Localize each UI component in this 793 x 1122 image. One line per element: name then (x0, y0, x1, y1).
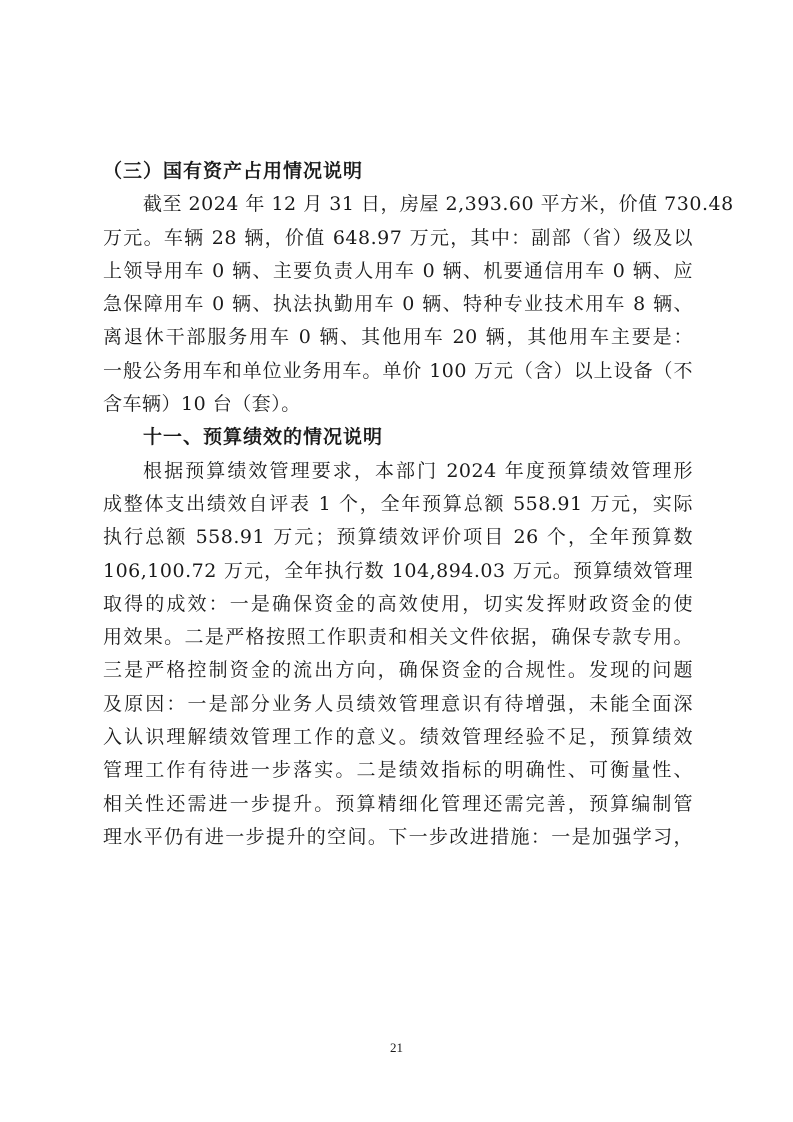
paragraph-line: 入认识理解绩效管理工作的意义。绩效管理经验不足，预算绩效 (103, 721, 693, 754)
document-page: （三）国有资产占用情况说明 截至 2024 年 12 月 31 日，房屋 2,3… (103, 155, 693, 854)
paragraph-line: 万元。车辆 28 辆，价值 648.97 万元，其中：副部（省）级及以 (103, 222, 693, 255)
paragraph-line: 成整体支出绩效自评表 1 个，全年预算总额 558.91 万元，实际 (103, 488, 693, 521)
paragraph-line: 含车辆）10 台（套）。 (103, 388, 693, 421)
paragraph-line: 一般公务用车和单位业务用车。单价 100 万元（含）以上设备（不 (103, 355, 693, 388)
paragraph-line: 离退休干部服务用车 0 辆、其他用车 20 辆，其他用车主要是： (103, 321, 693, 354)
paragraph-line: 上领导用车 0 辆、主要负责人用车 0 辆、机要通信用车 0 辆、应 (103, 255, 693, 288)
paragraph-line: 106,100.72 万元，全年执行数 104,894.03 万元。预算绩效管理 (103, 555, 693, 588)
paragraph-line: 管理工作有待进一步落实。二是绩效指标的明确性、可衡量性、 (103, 754, 693, 787)
paragraph-line: 执行总额 558.91 万元；预算绩效评价项目 26 个，全年预算数 (103, 521, 693, 554)
paragraph-line: 理水平仍有进一步提升的空间。下一步改进措施：一是加强学习， (103, 821, 693, 854)
paragraph-line: 及原因：一是部分业务人员绩效管理意识有待增强，未能全面深 (103, 688, 693, 721)
paragraph-line: 取得的成效：一是确保资金的高效使用，切实发挥财政资金的使 (103, 588, 693, 621)
paragraph-line: 截至 2024 年 12 月 31 日，房屋 2,393.60 平方米，价值 7… (103, 188, 693, 221)
page-number: 21 (0, 1040, 793, 1056)
paragraph-line: 用效果。二是严格按照工作职责和相关文件依据，确保专款专用。 (103, 621, 693, 654)
paragraph-line: 三是严格控制资金的流出方向，确保资金的合规性。发现的问题 (103, 654, 693, 687)
paragraph-line: 急保障用车 0 辆、执法执勤用车 0 辆、特种专业技术用车 8 辆、 (103, 288, 693, 321)
section-heading-state-assets: （三）国有资产占用情况说明 (103, 155, 693, 188)
paragraph-line: 相关性还需进一步提升。预算精细化管理还需完善，预算编制管 (103, 788, 693, 821)
section-heading-budget-performance: 十一、预算绩效的情况说明 (103, 421, 693, 454)
paragraph-line: 根据预算绩效管理要求，本部门 2024 年度预算绩效管理形 (103, 455, 693, 488)
